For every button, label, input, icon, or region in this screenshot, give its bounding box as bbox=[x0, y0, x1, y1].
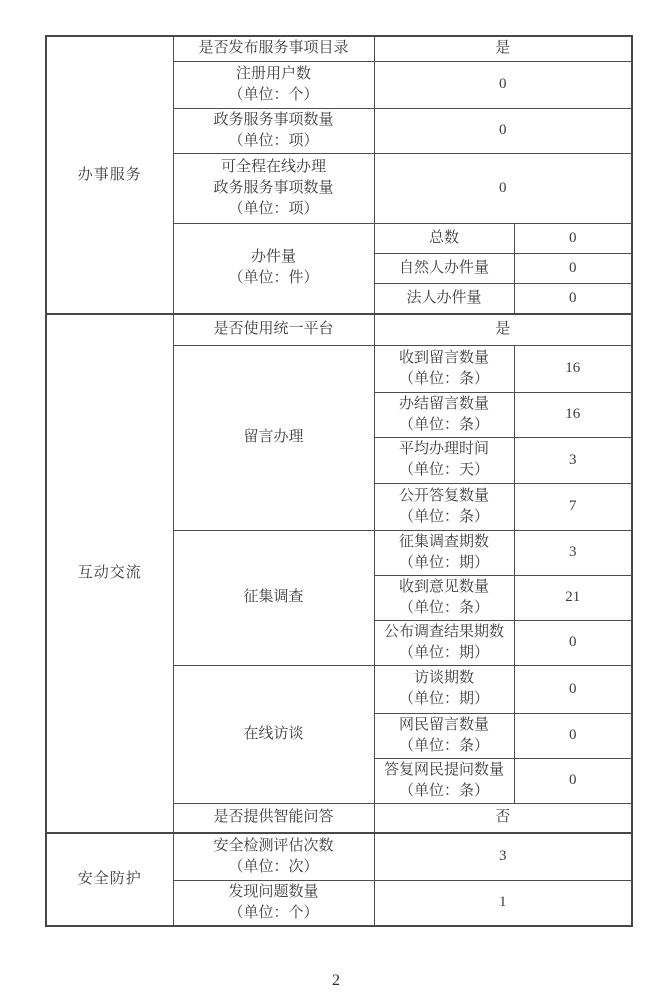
metric-label: 政务服务事项数量 （单位：项） bbox=[173, 108, 374, 153]
submetric-label: 总数 bbox=[374, 223, 514, 253]
submetric-label: 答复网民提问数量 （单位：条） bbox=[374, 758, 514, 803]
submetric-label: 公开答复数量 （单位：条） bbox=[374, 483, 514, 530]
submetric-value: 7 bbox=[514, 483, 632, 530]
submetric-label: 公布调查结果期数 （单位：期） bbox=[374, 620, 514, 665]
submetric-label: 办结留言数量 （单位：条） bbox=[374, 392, 514, 437]
group-label: 留言办理 bbox=[173, 345, 374, 530]
submetric-label: 访谈期数 （单位：期） bbox=[374, 665, 514, 713]
metric-value: 1 bbox=[374, 880, 632, 926]
submetric-label: 自然人办件量 bbox=[374, 253, 514, 283]
submetric-value: 0 bbox=[514, 665, 632, 713]
document-page: 办事服务 是否发布服务事项目录 是 注册用户数 （单位：个） 0 政务服务事项数… bbox=[0, 0, 672, 1006]
metric-label: 发现问题数量 （单位：个） bbox=[173, 880, 374, 926]
metric-value: 3 bbox=[374, 833, 632, 880]
submetric-value: 0 bbox=[514, 758, 632, 803]
metric-value: 0 bbox=[374, 61, 632, 108]
submetric-value: 3 bbox=[514, 437, 632, 483]
category-cell-interaction: 互动交流 bbox=[46, 314, 173, 833]
group-label: 征集调查 bbox=[173, 530, 374, 665]
submetric-value: 0 bbox=[514, 283, 632, 314]
category-cell-services: 办事服务 bbox=[46, 36, 173, 314]
submetric-label: 征集调查期数 （单位：期） bbox=[374, 530, 514, 575]
submetric-value: 16 bbox=[514, 392, 632, 437]
metric-value: 否 bbox=[374, 803, 632, 833]
submetric-value: 21 bbox=[514, 575, 632, 620]
submetric-value: 3 bbox=[514, 530, 632, 575]
group-label: 在线访谈 bbox=[173, 665, 374, 803]
metric-value: 0 bbox=[374, 153, 632, 223]
metric-label: 注册用户数 （单位：个） bbox=[173, 61, 374, 108]
metric-value: 是 bbox=[374, 314, 632, 345]
submetric-label: 收到留言数量 （单位：条） bbox=[374, 345, 514, 392]
metric-value: 0 bbox=[374, 108, 632, 153]
metric-label: 安全检测评估次数 （单位：次） bbox=[173, 833, 374, 880]
metric-label: 是否提供智能问答 bbox=[173, 803, 374, 833]
submetric-value: 0 bbox=[514, 253, 632, 283]
report-table: 办事服务 是否发布服务事项目录 是 注册用户数 （单位：个） 0 政务服务事项数… bbox=[45, 35, 633, 927]
submetric-value: 16 bbox=[514, 345, 632, 392]
submetric-value: 0 bbox=[514, 620, 632, 665]
submetric-label: 平均办理时间 （单位：天） bbox=[374, 437, 514, 483]
submetric-label: 网民留言数量 （单位：条） bbox=[374, 713, 514, 758]
metric-label: 可全程在线办理 政务服务事项数量 （单位：项） bbox=[173, 153, 374, 223]
category-cell-security: 安全防护 bbox=[46, 833, 173, 926]
metric-label: 是否使用统一平台 bbox=[173, 314, 374, 345]
metric-value: 是 bbox=[374, 36, 632, 61]
metric-label: 是否发布服务事项目录 bbox=[173, 36, 374, 61]
submetric-value: 0 bbox=[514, 223, 632, 253]
submetric-label: 收到意见数量 （单位：条） bbox=[374, 575, 514, 620]
submetric-value: 0 bbox=[514, 713, 632, 758]
page-number: 2 bbox=[0, 972, 672, 990]
submetric-label: 法人办件量 bbox=[374, 283, 514, 314]
group-label: 办件量 （单位：件） bbox=[173, 223, 374, 314]
